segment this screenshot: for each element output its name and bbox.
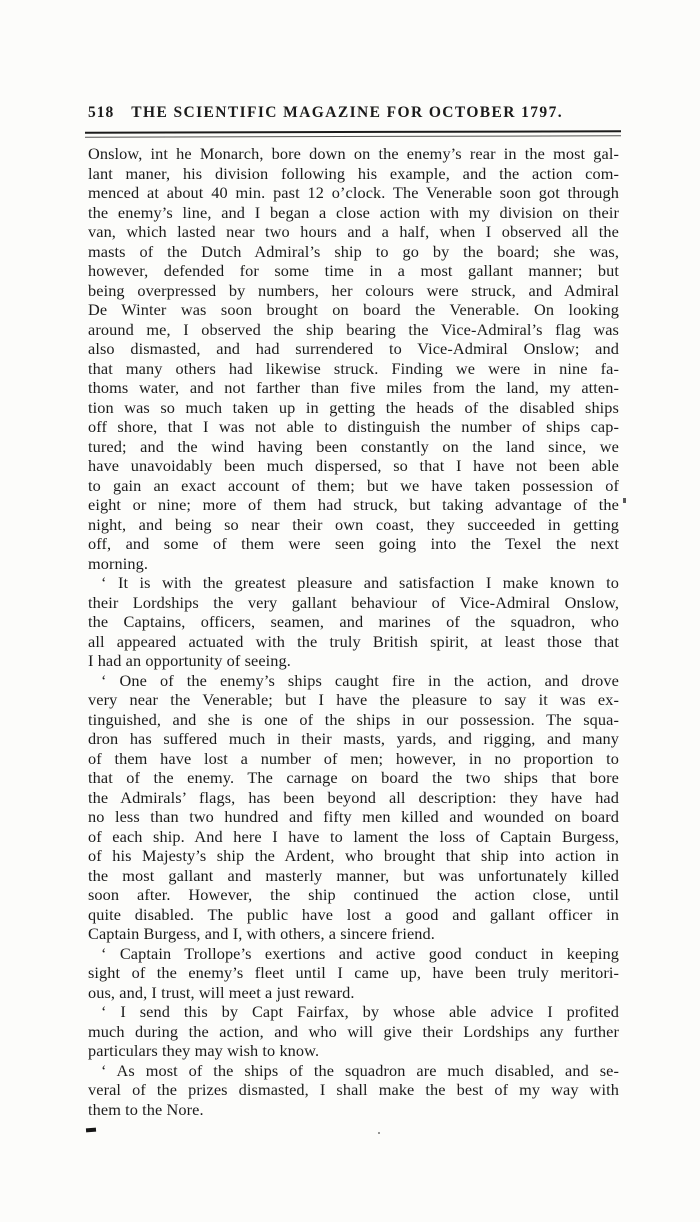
text-line: tured; and the wind having been constant… [88,437,619,457]
text-line: Onslow, int he Monarch, bore down on the… [88,144,619,164]
text-line: that many others had likewise struck. Fi… [88,359,619,379]
page-number: 518 [88,104,114,122]
text-line: also dismasted, and had surrendered to V… [88,339,619,359]
ink-speck [623,498,626,503]
text-line: no less than two hundred and fifty men k… [88,807,619,827]
text-line: ‘ One of the enemy’s ships caught fire i… [88,671,619,691]
page-header: 518 THE SCIENTIFIC MAGAZINE FOR OCTOBER … [88,104,620,122]
article-text: Onslow, int he Monarch, bore down on the… [88,144,619,1119]
text-line: van, which lasted near two hours and a h… [88,222,619,242]
text-line: around me, I observed the ship bearing t… [88,320,619,340]
text-line: I had an opportunity of seeing. [88,651,619,671]
text-line: off shore, that I was not able to distin… [88,417,619,437]
header-rule [85,130,621,137]
ink-speck [378,1132,380,1134]
text-line: ‘ I send this by Capt Fairfax, by whose … [88,1002,619,1022]
text-line: ous, and, I trust, will meet a just rewa… [88,983,619,1003]
text-line: of them have lost a number of men; howev… [88,749,619,769]
text-line: ‘ As most of the ships of the squadron a… [88,1061,619,1081]
text-line: ‘ Captain Trollope’s exertions and activ… [88,944,619,964]
text-line: tinguished, and she is one of the ships … [88,710,619,730]
text-line: however, defended for some time in a mos… [88,261,619,281]
text-line: masts of the Dutch Admiral’s ship to go … [88,242,619,262]
text-line: their Lordships the very gallant behavio… [88,593,619,613]
text-line: veral of the prizes dismasted, I shall m… [88,1080,619,1100]
text-line: quite disabled. The public have lost a g… [88,905,619,925]
text-line: menced at about 40 min. past 12 o’clock.… [88,183,619,203]
text-line: eight or nine; more of them had struck, … [88,495,619,515]
text-line: De Winter was soon brought on board the … [88,300,619,320]
text-line: lant maner, his division following his e… [88,164,619,184]
text-line: of his Majesty’s ship the Ardent, who br… [88,846,619,866]
text-line: that of the enemy. The carnage on board … [88,768,619,788]
text-line: much during the action, and who will giv… [88,1022,619,1042]
text-line: very near the Venerable; but I have the … [88,690,619,710]
text-line: of each ship. And here I have to lament … [88,827,619,847]
text-line: being overpressed by numbers, her colour… [88,281,619,301]
text-line: tion was so much taken up in getting the… [88,398,619,418]
text-line: them to the Nore. [88,1100,619,1120]
text-line: sight of the enemy’s fleet until I came … [88,963,619,983]
text-line: thoms water, and not farther than five m… [88,378,619,398]
text-line: off, and some of them were seen going in… [88,534,619,554]
text-line: all appeared actuated with the truly Bri… [88,632,619,652]
text-line: the Admirals’ flags, has been beyond all… [88,788,619,808]
text-line: particulars they may wish to know. [88,1041,619,1061]
text-line: to gain an exact account of them; but we… [88,476,619,496]
text-line: dron has suffered much in their masts, y… [88,729,619,749]
text-line: morning. [88,554,619,574]
ink-smudge [86,1128,96,1132]
text-line: ‘ It is with the greatest pleasure and s… [88,573,619,593]
text-line: the Captains, officers, seamen, and mari… [88,612,619,632]
text-line: the enemy’s line, and I began a close ac… [88,203,619,223]
running-title: THE SCIENTIFIC MAGAZINE FOR OCTOBER 1797… [131,104,563,122]
text-line: the most gallant and masterly manner, bu… [88,866,619,886]
text-line: Captain Burgess, and I, with others, a s… [88,924,619,944]
magazine-page: 518 THE SCIENTIFIC MAGAZINE FOR OCTOBER … [0,0,700,1222]
text-line: night, and being so near their own coast… [88,515,619,535]
text-line: have unavoidably been much dispersed, so… [88,456,619,476]
text-line: soon after. However, the ship continued … [88,885,619,905]
